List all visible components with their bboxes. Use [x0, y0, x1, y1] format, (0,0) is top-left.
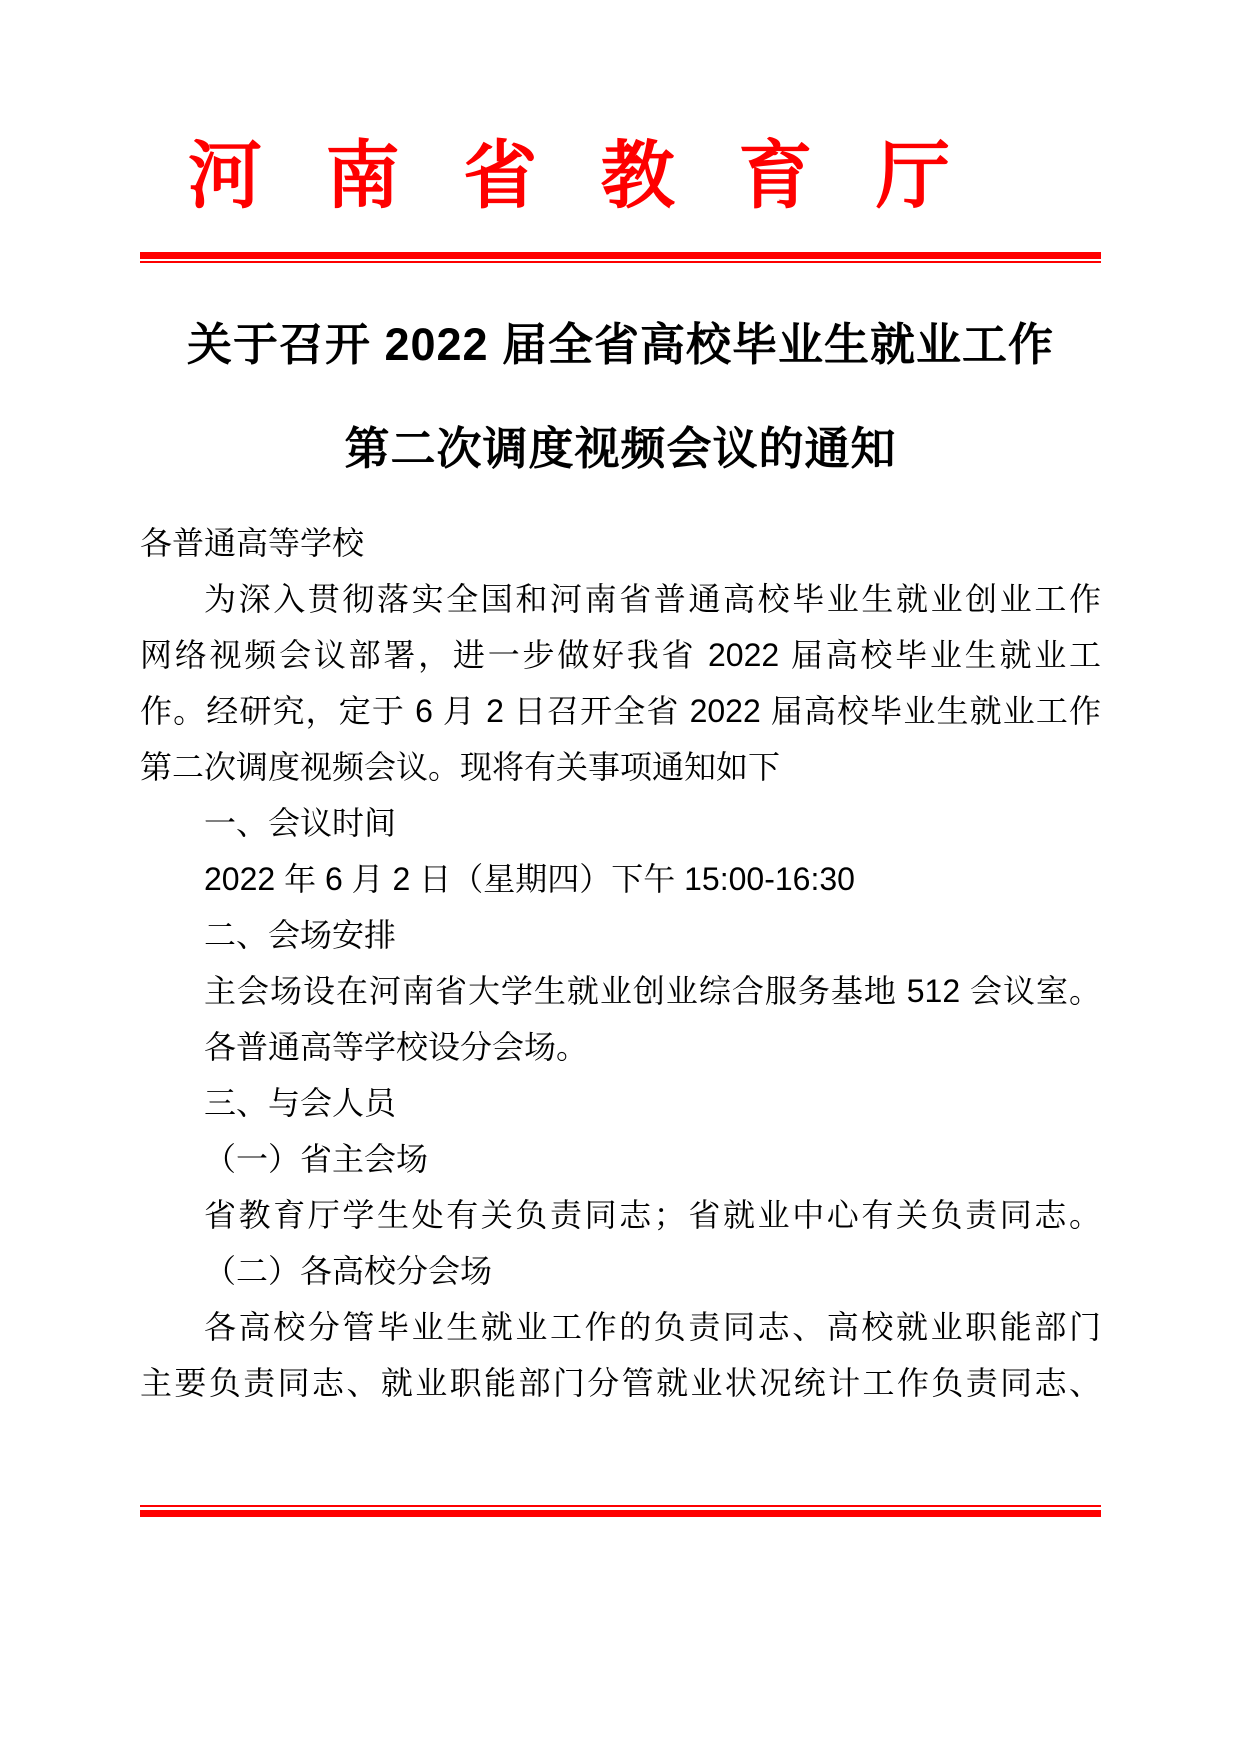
body-line: 主要负责同志、就业职能部门分管就业状况统计工作负责同志、 [140, 1355, 1101, 1411]
body-line-meeting-time: 2022 年 6 月 2 日（星期四）下午 15:00-16:30 [140, 851, 1101, 907]
body-line: 主会场设在河南省大学生就业创业综合服务基地 512 会议室。 [140, 963, 1101, 1019]
body-line-sub-2: （二）各高校分会场 [140, 1243, 1101, 1299]
body-line: 网络视频会议部署，进一步做好我省 2022 届高校毕业生就业工 [140, 627, 1101, 683]
org-name-char: 河 [188, 140, 262, 214]
document-title: 关于召开 2022 届全省高校毕业生就业工作 第二次调度视频会议的通知 [140, 293, 1101, 501]
body-line: 为深入贯彻落实全国和河南省普通高校毕业生就业创业工作 [140, 571, 1101, 627]
document-title-line-1: 关于召开 2022 届全省高校毕业生就业工作 [140, 293, 1101, 397]
rule-thick [140, 252, 1101, 259]
body-line: 各高校分管毕业生就业工作的负责同志、高校就业职能部门 [140, 1299, 1101, 1355]
rule-thin [140, 261, 1101, 263]
body-line-section-3: 三、与会人员 [140, 1075, 1101, 1131]
org-name: 河 南 省 教 育 厅 [188, 118, 950, 252]
body-line: 省教育厅学生处有关负责同志；省就业中心有关负责同志。 [140, 1187, 1101, 1243]
letterhead: 河 南 省 教 育 厅 [140, 118, 1101, 263]
org-name-char: 教 [601, 140, 675, 214]
rule-thick [140, 1510, 1101, 1517]
org-name-char: 省 [463, 140, 537, 214]
body-line-section-2: 二、会场安排 [140, 907, 1101, 963]
org-name-char: 南 [326, 140, 400, 214]
body-line: 各普通高等学校设分会场。 [140, 1019, 1101, 1075]
body-line-section-1: 一、会议时间 [140, 795, 1101, 851]
document-page: 河 南 省 教 育 厅 关于召开 2022 届全省高校毕业生就业工作 第二次调度… [0, 0, 1241, 1754]
document-body: 各普通高等学校 为深入贯彻落实全国和河南省普通高校毕业生就业创业工作 网络视频会… [140, 515, 1101, 1411]
body-line-sub-1: （一）省主会场 [140, 1131, 1101, 1187]
body-line: 第二次调度视频会议。现将有关事项通知如下 [140, 739, 1101, 795]
header-double-rule [140, 252, 1101, 263]
body-line: 作。经研究，定于 6 月 2 日召开全省 2022 届高校毕业生就业工作 [140, 683, 1101, 739]
document-title-line-2: 第二次调度视频会议的通知 [140, 397, 1101, 501]
body-line-salutation: 各普通高等学校 [140, 515, 1101, 571]
org-name-char: 厅 [876, 140, 950, 214]
footer-double-rule [140, 1505, 1101, 1517]
org-name-char: 育 [738, 140, 812, 214]
